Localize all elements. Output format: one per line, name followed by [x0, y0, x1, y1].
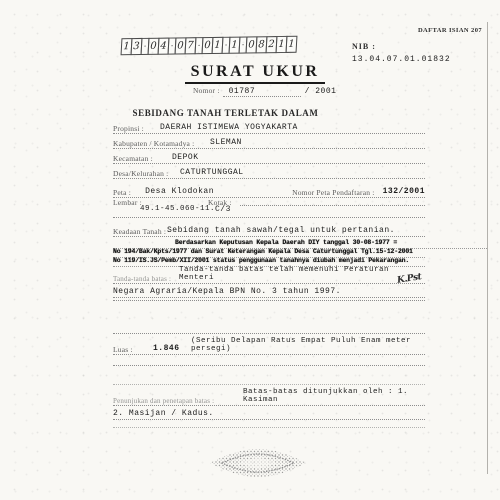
nib-value: 13.04.07.01.01832: [352, 55, 451, 64]
page-edge-line: [487, 22, 488, 474]
lembar-value: 49.1-45.060-11.: [140, 205, 215, 213]
field-row-luas: Luas : 1.846 (Seribu Delapan Ratus Empat…: [113, 341, 425, 355]
dotted-rule: [240, 205, 425, 206]
nomor-label: Nomor :: [193, 86, 220, 95]
keadaan-value: Sebidang tanah sawah/tegal untuk pertani…: [167, 226, 395, 235]
peta-label: Peta :: [113, 188, 131, 197]
tanda-batas-value: Tanda-tanda batas telah memenuhi Peratur…: [179, 266, 425, 282]
keadaan-label: Keadaan Tanah :: [113, 227, 166, 236]
field-row-tanda-batas: Tanda-tanda batas : Tanda-tanda batas te…: [113, 270, 425, 284]
section-heading: SEBIDANG TANAH TERLETAK DALAM: [113, 108, 338, 118]
field-row-keadaan-tanah: Keadaan Tanah : Sebidang tanah sawah/teg…: [113, 223, 425, 237]
field-label: Kecamatan :: [113, 154, 153, 163]
penunjukan-value: Batas-batas ditunjukkan oleh : 1. Kasima…: [243, 388, 425, 404]
kotak-value: C/3: [215, 205, 231, 214]
field-row-propinsi: Propinsi : DAERAH ISTIMEWA YOGYAKARTA: [113, 120, 425, 134]
tanda-batas-value-2: Negara Agraria/Kepala BPN No. 3 tahun 19…: [113, 287, 341, 296]
field-row-kabupaten: Kabupaten / Kotamadya : SLEMAN: [113, 135, 425, 149]
nomor-row: Nomor : 01787 / 2001: [193, 86, 336, 97]
dotted-rule: [113, 384, 425, 385]
page-title: SURAT UKUR: [185, 63, 325, 84]
nib-handwritten-box: 1 3 · 0 4 · 0 7 · 0 1 · 1 · 0 8 2 1 1: [122, 36, 297, 55]
field-label: Desa/Kelurahan :: [113, 169, 168, 178]
field-label: Kabupaten / Kotamadya :: [113, 139, 194, 148]
field-value: DAERAH ISTIMEWA YOGYAKARTA: [160, 123, 298, 132]
nomor-peta-value: 132/2001: [383, 187, 425, 196]
field-value: SLEMAN: [210, 138, 242, 147]
tanda-batas-label: Tanda-tanda batas :: [113, 275, 171, 283]
dotted-rule: [113, 300, 425, 301]
document-page: DAFTAR ISIAN 207 NIB : 13.04.07.01.01832…: [0, 0, 500, 500]
field-row-lembar: Lembar : 49.1-45.060-11. Kotak : C/3: [113, 198, 425, 216]
field-row-penunjukan-2: 2. Masijan / Kadus.: [113, 406, 425, 420]
field-row-kecamatan: Kecamatan : DEPOK: [113, 150, 425, 164]
dotted-rule: [113, 333, 425, 334]
penunjukan-label: Penunjukan dan penetapan batas :: [113, 397, 214, 405]
lembar-label: Lembar :: [113, 198, 142, 207]
field-row-peta: Peta : Desa Klodokan Nomor Peta Pendafta…: [113, 184, 425, 198]
penunjukan-value-2: 2. Masijan / Kadus.: [113, 409, 214, 418]
field-value: CATURTUNGGAL: [180, 168, 244, 177]
field-row-desa: Desa/Kelurahan : CATURTUNGGAL: [113, 165, 425, 179]
seal-graphic: [208, 447, 308, 479]
peta-value: Desa Klodokan: [145, 187, 214, 196]
nomor-value: 01787: [223, 87, 301, 97]
field-label: Propinsi :: [113, 124, 144, 133]
field-row-penunjukan: Penunjukan dan penetapan batas : Batas-b…: [113, 392, 425, 406]
nomor-peta-label: Nomor Peta Pendaftaran :: [292, 188, 374, 197]
embossed-seal: [208, 447, 308, 484]
luas-value-words: (Seribu Delapan Ratus Empat Puluh Enam m…: [191, 337, 425, 353]
luas-value: 1.846: [153, 344, 180, 353]
daftar-isian-label: DAFTAR ISIAN 207: [350, 27, 482, 34]
field-value: DEPOK: [172, 153, 199, 162]
dotted-rule: [113, 365, 425, 366]
nib-label: NIB :: [352, 42, 376, 51]
dotted-rule: [113, 217, 425, 218]
dotted-rule: [113, 427, 425, 428]
luas-label: Luas :: [113, 345, 133, 354]
nomor-year: / 2001: [305, 87, 337, 96]
nib-box-cell: 1: [286, 36, 298, 53]
field-row-tanda-batas-2: Negara Agraria/Kepala BPN No. 3 tahun 19…: [113, 284, 425, 298]
